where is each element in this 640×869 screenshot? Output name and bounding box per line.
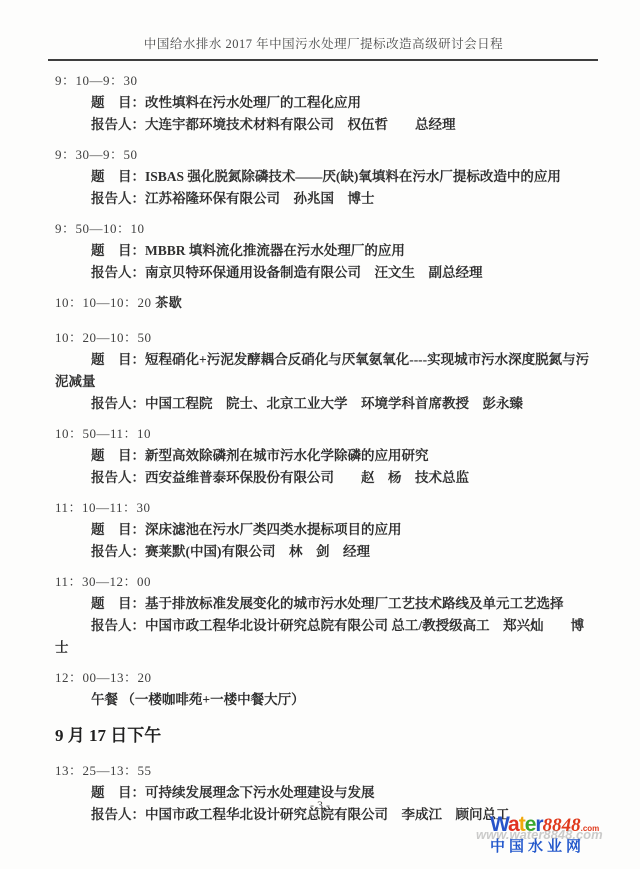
- topic-text: 基于排放标准发展变化的城市污水处理厂工艺技术路线及单元工艺选择: [145, 596, 564, 611]
- session-time: 9：30—9：50: [55, 144, 592, 166]
- session-time: 10：50—11：10: [55, 423, 592, 445]
- session-speaker-line: 报告人：中国市政工程华北设计研究总院有限公司 总工/教授级高工 郑兴灿 博士: [55, 615, 592, 659]
- speaker-label: 报告人：: [91, 470, 145, 485]
- break-time: 10：10—10：20: [55, 295, 152, 310]
- session-topic-line: 题 目：新型高效除磷剂在城市污水化学除磷的应用研究: [55, 445, 592, 467]
- watermark-dotcom: .com: [581, 824, 600, 833]
- session-speaker-line: 报告人：大连宇都环境技术材料有限公司 权伍哲 总经理: [55, 114, 592, 136]
- session-block: 11：30—12：00 题 目：基于排放标准发展变化的城市污水处理厂工艺技术路线…: [55, 571, 592, 659]
- session-block: 11：10—11：30 题 目：深床滤池在污水厂类四类水提标项目的应用 报告人：…: [55, 497, 592, 563]
- meal-time: 12：00—13：20: [55, 667, 592, 689]
- watermark-letter: r: [535, 813, 542, 836]
- topic-text: MBBR 填料流化推流器在污水处理厂的应用: [145, 243, 405, 258]
- speaker-label: 报告人：: [91, 544, 145, 559]
- session-block: 9：10—9：30 题 目：改性填料在污水处理厂的工程化应用 报告人：大连宇都环…: [55, 70, 592, 136]
- session-block: 10：20—10：50 题 目：短程硝化+污泥发酵耦合反硝化与厌氧氨氧化----…: [55, 327, 592, 415]
- watermark-row-brand: Water8848.com: [490, 814, 638, 840]
- session-time: 9：10—9：30: [55, 70, 592, 92]
- break-line: 10：10—10：20 茶歇: [55, 292, 592, 314]
- session-time: 11：30—12：00: [55, 571, 592, 593]
- watermark-letter: e: [525, 813, 536, 836]
- session-topic-line: 题 目：ISBAS 强化脱氮除磷技术——厌(缺)氧填料在污水厂提标改造中的应用: [55, 166, 592, 188]
- speaker-label: 报告人：: [91, 265, 145, 280]
- speaker-text: 南京贝特环保通用设备制造有限公司 汪文生 副总经理: [145, 265, 483, 280]
- document-page: 中国给水排水 2017 年中国污水处理厂提标改造高级研讨会日程 9：10—9：3…: [0, 0, 640, 869]
- speaker-text: 江苏裕隆环保有限公司 孙兆国 博士: [145, 191, 375, 206]
- session-speaker-line: 报告人：赛莱默(中国)有限公司 林 剑 经理: [55, 541, 592, 563]
- page-header-title: 中国给水排水 2017 年中国污水处理厂提标改造高级研讨会日程: [55, 34, 592, 52]
- speaker-text: 中国工程院 院士、北京工业大学 环境学科首席教授 彭永臻: [145, 396, 523, 411]
- session-block: 9：50—10：10 题 目：MBBR 填料流化推流器在污水处理厂的应用 报告人…: [55, 218, 592, 284]
- meal-block: 12：00—13：20 午餐 （一楼咖啡苑+一楼中餐大厅）: [55, 667, 592, 711]
- watermark-letter: W: [490, 813, 508, 836]
- topic-label: 题 目：: [91, 95, 145, 110]
- speaker-label: 报告人：: [91, 191, 145, 206]
- document-content: 中国给水排水 2017 年中国污水处理厂提标改造高级研讨会日程 9：10—9：3…: [0, 0, 640, 826]
- watermark-letter: a: [508, 813, 519, 836]
- topic-text: 改性填料在污水处理厂的工程化应用: [145, 95, 361, 110]
- speaker-text: 西安益维普泰环保股份有限公司 赵 杨 技术总监: [145, 470, 469, 485]
- speaker-label: 报告人：: [91, 396, 145, 411]
- session-time: 10：20—10：50: [55, 327, 592, 349]
- break-label: 茶歇: [155, 295, 182, 310]
- session-topic-line: 题 目：MBBR 填料流化推流器在污水处理厂的应用: [55, 240, 592, 262]
- session-speaker-line: 报告人：南京贝特环保通用设备制造有限公司 汪文生 副总经理: [55, 262, 592, 284]
- session-block: 9：30—9：50 题 目：ISBAS 强化脱氮除磷技术——厌(缺)氧填料在污水…: [55, 144, 592, 210]
- topic-label: 题 目：: [91, 169, 145, 184]
- speaker-label: 报告人：: [91, 117, 145, 132]
- speaker-label: 报告人：: [91, 618, 145, 633]
- topic-label: 题 目：: [91, 522, 145, 537]
- session-topic-line: 题 目：短程硝化+污泥发酵耦合反硝化与厌氧氨氧化----实现城市污水深度脱氮与污…: [55, 349, 592, 393]
- section-heading: 9 月 17 日下午: [55, 724, 592, 748]
- page-number: - 3 -: [0, 798, 640, 813]
- session-topic-line: 题 目：基于排放标准发展变化的城市污水处理厂工艺技术路线及单元工艺选择: [55, 593, 592, 615]
- session-speaker-line: 报告人：西安益维普泰环保股份有限公司 赵 杨 技术总监: [55, 467, 592, 489]
- topic-text: 新型高效除磷剂在城市污水化学除磷的应用研究: [145, 448, 429, 463]
- session-topic-line: 题 目：深床滤池在污水厂类四类水提标项目的应用: [55, 519, 592, 541]
- watermark-logo: Water8848.com 中国水业网 www.water8848.com: [490, 814, 638, 860]
- break-block: 10：10—10：20 茶歇: [55, 292, 592, 314]
- watermark-number: 8848: [543, 815, 581, 836]
- topic-label: 题 目：: [91, 448, 145, 463]
- session-speaker-line: 报告人：江苏裕隆环保有限公司 孙兆国 博士: [55, 188, 592, 210]
- schedule-list: 9：10—9：30 题 目：改性填料在污水处理厂的工程化应用 报告人：大连宇都环…: [55, 70, 592, 826]
- watermark-word: Water: [490, 813, 543, 836]
- meal-label: 午餐 （一楼咖啡苑+一楼中餐大厅）: [55, 689, 592, 711]
- topic-text: ISBAS 强化脱氮除磷技术——厌(缺)氧填料在污水厂提标改造中的应用: [145, 169, 561, 184]
- topic-label: 题 目：: [91, 352, 145, 367]
- topic-label: 题 目：: [91, 596, 145, 611]
- topic-label: 题 目：: [91, 243, 145, 258]
- session-block: 10：50—11：10 题 目：新型高效除磷剂在城市污水化学除磷的应用研究 报告…: [55, 423, 592, 489]
- session-time: 13：25—13：55: [55, 760, 592, 782]
- session-topic-line: 题 目：改性填料在污水处理厂的工程化应用: [55, 92, 592, 114]
- speaker-text: 大连宇都环境技术材料有限公司 权伍哲 总经理: [145, 117, 456, 132]
- session-time: 9：50—10：10: [55, 218, 592, 240]
- header-rule: [48, 59, 598, 61]
- session-time: 11：10—11：30: [55, 497, 592, 519]
- watermark-cn-text: 中国水业网: [490, 839, 638, 855]
- topic-text: 深床滤池在污水厂类四类水提标项目的应用: [145, 522, 402, 537]
- session-speaker-line: 报告人：中国工程院 院士、北京工业大学 环境学科首席教授 彭永臻: [55, 393, 592, 415]
- speaker-text: 赛莱默(中国)有限公司 林 剑 经理: [145, 544, 370, 559]
